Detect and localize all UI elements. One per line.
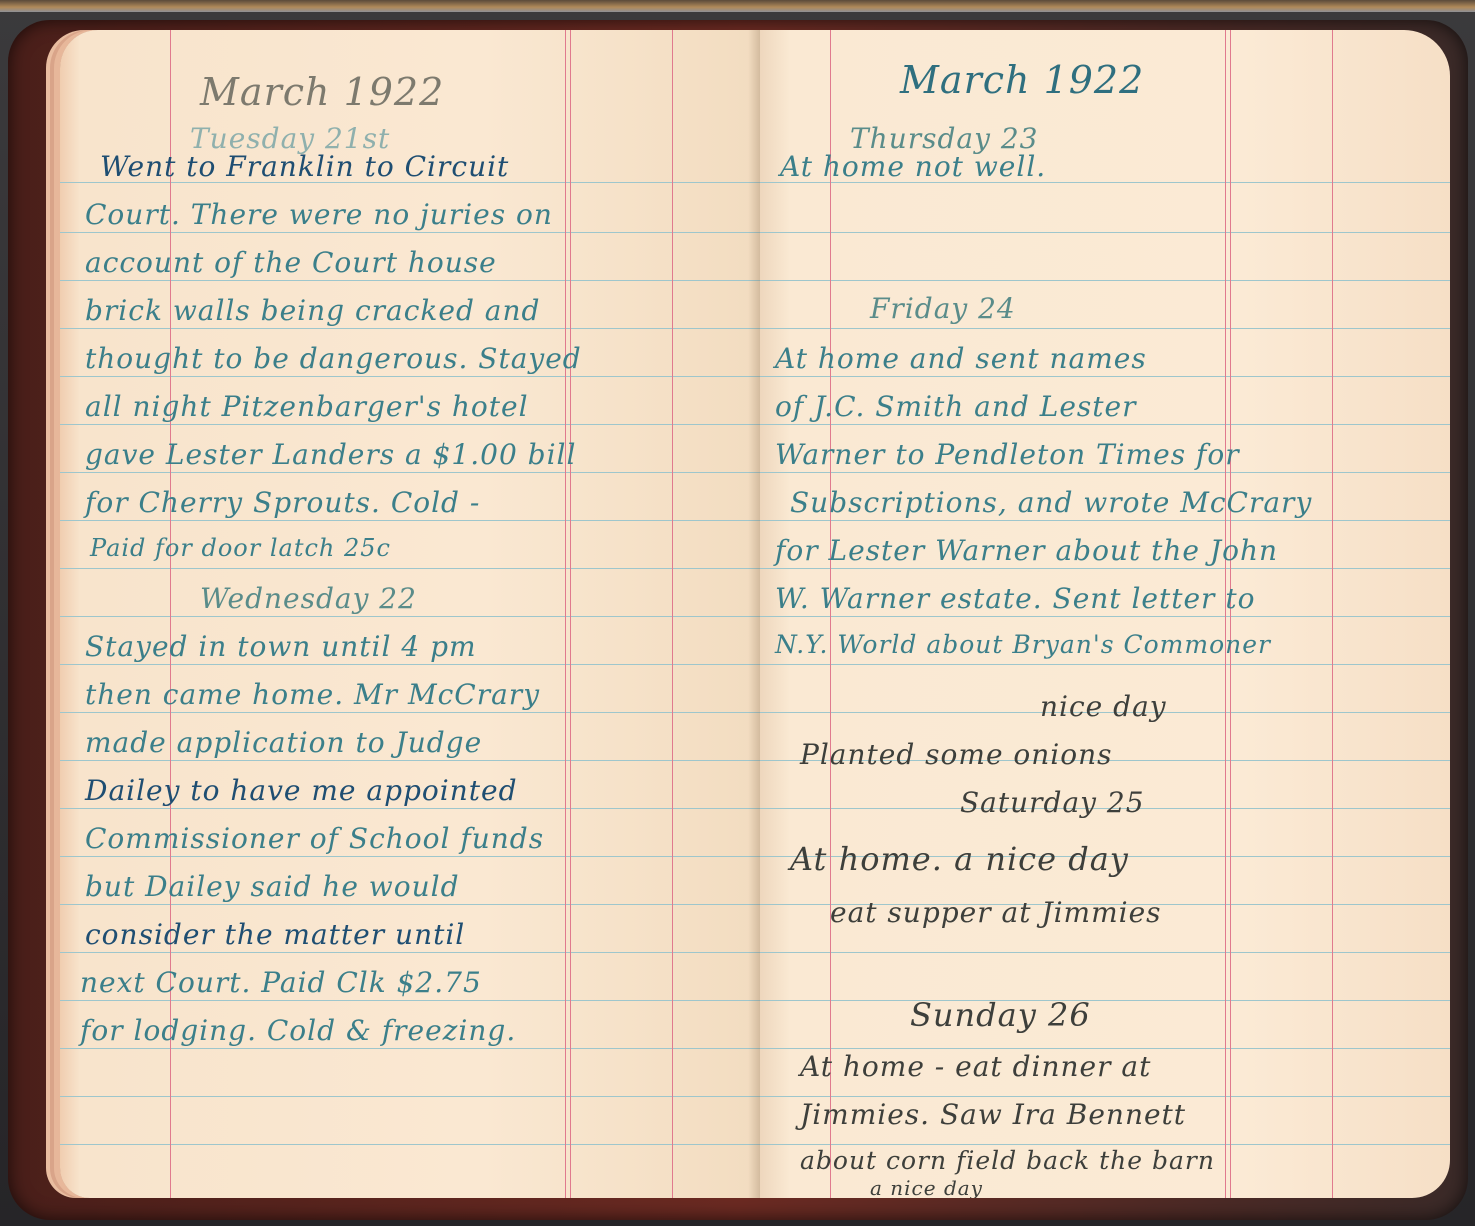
left-page: March 1922 Tuesday 21st Went to Franklin… xyxy=(60,30,760,1198)
ruled-line xyxy=(760,472,1450,473)
entry-line: W. Warner estate. Sent letter to xyxy=(775,582,1255,615)
ruled-line xyxy=(760,1096,1450,1097)
ruled-line xyxy=(760,1000,1450,1001)
entry-line: N.Y. World about Bryan's Commoner xyxy=(775,630,1271,659)
ruled-line xyxy=(60,280,760,281)
entry-line: Went to Franklin to Circuit xyxy=(100,150,509,183)
entry-line: for Cherry Sprouts. Cold - xyxy=(85,486,480,519)
ruled-line xyxy=(60,616,760,617)
book-top-edge xyxy=(0,0,1475,12)
ruled-line xyxy=(760,376,1450,377)
entry-line: for Lester Warner about the John xyxy=(775,534,1278,567)
entry-line: Paid for door latch 25c xyxy=(90,534,391,562)
entry-line: eat supper at Jimmies xyxy=(830,896,1162,929)
entry-day: Wednesday 22 xyxy=(200,582,417,615)
entry-day: Friday 24 xyxy=(870,292,1016,325)
ruled-line xyxy=(60,1144,760,1145)
ruled-line xyxy=(60,808,760,809)
entry-line: At home. a nice day xyxy=(790,840,1129,878)
ruled-line xyxy=(60,712,760,713)
ruled-line xyxy=(760,1144,1450,1145)
margin-line xyxy=(672,30,673,1198)
entry-line: next Court. Paid Clk $2.75 xyxy=(80,966,482,999)
entry-day: Sunday 26 xyxy=(910,996,1091,1034)
page-header: March 1922 xyxy=(200,70,444,114)
ruled-line xyxy=(60,568,760,569)
ruled-line xyxy=(60,520,760,521)
entry-line: about corn field back the barn xyxy=(800,1146,1215,1175)
entry-line: account of the Court house xyxy=(85,246,497,279)
entry-line: At home - eat dinner at xyxy=(800,1050,1151,1083)
entry-line: Commissioner of School funds xyxy=(85,822,544,855)
margin-line xyxy=(1332,30,1333,1198)
page-header: March 1922 xyxy=(900,58,1144,102)
ruled-line xyxy=(60,664,760,665)
entry-line: Jimmies. Saw Ira Bennett xyxy=(800,1098,1186,1131)
entry-line: then came home. Mr McCrary xyxy=(85,678,540,711)
ruled-line xyxy=(60,1048,760,1049)
ruled-line xyxy=(60,760,760,761)
entry-day: Saturday 25 xyxy=(960,786,1145,819)
margin-line xyxy=(570,30,571,1198)
entry-line: nice day xyxy=(1040,690,1167,723)
ruled-line xyxy=(760,520,1450,521)
entry-line: Planted some onions xyxy=(800,738,1113,771)
ruled-line xyxy=(60,952,760,953)
entry-line: consider the matter until xyxy=(85,918,465,951)
ruled-line xyxy=(760,232,1450,233)
ruled-line xyxy=(760,1048,1450,1049)
ruled-line xyxy=(60,232,760,233)
ruled-line xyxy=(760,952,1450,953)
entry-line: Subscriptions, and wrote McCrary xyxy=(790,486,1312,519)
entry-line: made application to Judge xyxy=(85,726,482,759)
margin-line xyxy=(565,30,566,1198)
entry-line: At home and sent names xyxy=(775,342,1147,375)
ruled-line xyxy=(760,328,1450,329)
ruled-line xyxy=(60,1096,760,1097)
ruled-line xyxy=(60,472,760,473)
ruled-line xyxy=(760,424,1450,425)
ruled-line xyxy=(760,616,1450,617)
ruled-line xyxy=(60,424,760,425)
ruled-line xyxy=(60,904,760,905)
entry-line: a nice day xyxy=(870,1176,983,1198)
entry-line: Stayed in town until 4 pm xyxy=(85,630,477,663)
entry-line: for lodging. Cold & freezing. xyxy=(80,1014,516,1047)
ruled-line xyxy=(760,664,1450,665)
entry-line: brick walls being cracked and xyxy=(85,294,540,327)
ruled-line xyxy=(60,376,760,377)
entry-line: Warner to Pendleton Times for xyxy=(775,438,1240,471)
ruled-line xyxy=(760,280,1450,281)
ruled-line xyxy=(60,1000,760,1001)
ruled-line xyxy=(60,856,760,857)
entry-line: gave Lester Landers a $1.00 bill xyxy=(85,438,576,471)
entry-line: all night Pitzenbarger's hotel xyxy=(85,390,529,423)
entry-line: Dailey to have me appointed xyxy=(85,774,518,807)
entry-line: At home not well. xyxy=(780,150,1046,183)
ruled-line xyxy=(60,328,760,329)
entry-line: of J.C. Smith and Lester xyxy=(775,390,1136,423)
right-page: March 1922 Thursday 23 At home not well.… xyxy=(760,30,1450,1198)
entry-line: thought to be dangerous. Stayed xyxy=(85,342,582,375)
entry-line: Court. There were no juries on xyxy=(85,198,553,231)
ruled-line xyxy=(760,568,1450,569)
entry-line: but Dailey said he would xyxy=(85,870,460,903)
